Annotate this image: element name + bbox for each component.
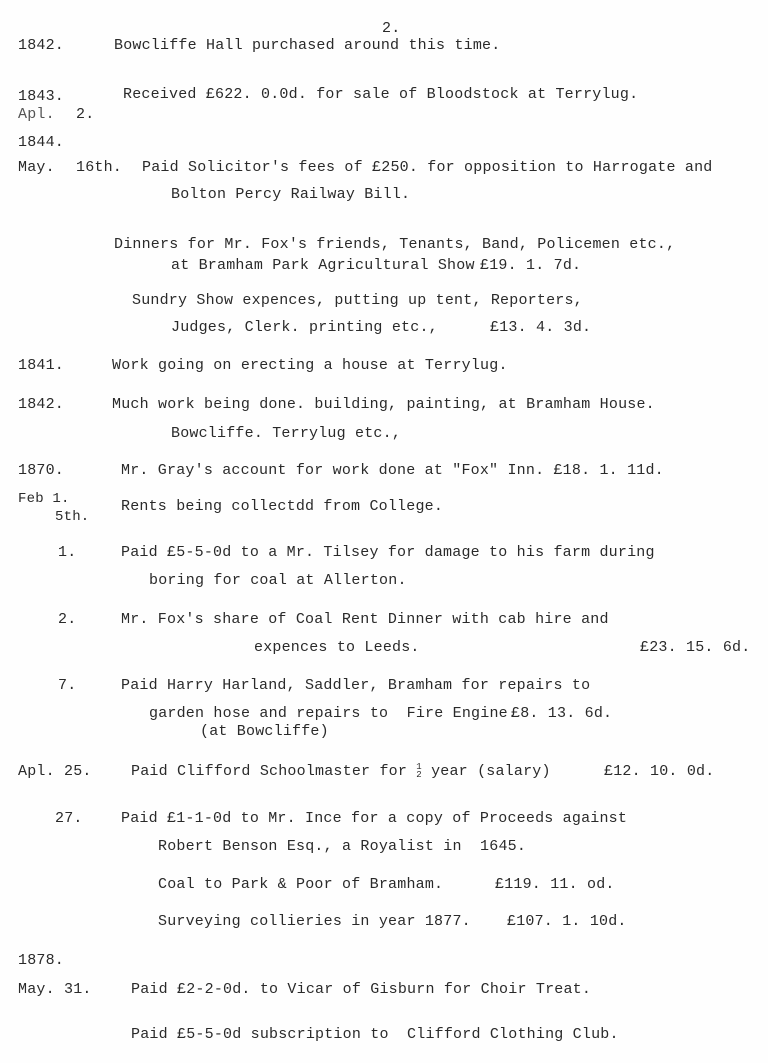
entry-amount: £119. 11. od. (495, 876, 615, 894)
entry-continuation: Judges, Clerk. printing etc., (171, 319, 438, 337)
entry-text: Bowcliffe Hall purchased around this tim… (114, 37, 500, 55)
entry-amount: £13. 4. 3d. (490, 319, 591, 337)
entry-text: Paid £1-1-0d to Mr. Ince for a copy of P… (121, 810, 627, 828)
entry-continuation: Bowcliffe. Terrylug etc., (171, 425, 401, 443)
fraction-denominator: 2 (416, 771, 422, 779)
entry-amount: £8. 13. 6d. (511, 705, 612, 723)
entry-date: Apl. 25. (18, 763, 92, 781)
entry-text: Mr. Fox's share of Coal Rent Dinner with… (121, 611, 609, 629)
entry-text-part: year (salary) (431, 763, 551, 780)
entry-text: Work going on erecting a house at Terryl… (112, 357, 508, 375)
entry-text: Coal to Park & Poor of Bramham. (158, 876, 443, 894)
entry-day: 5th. (55, 508, 89, 526)
entry-text: Paid Clifford Schoolmaster for 12 year (… (131, 763, 551, 781)
entry-note: (at Bowcliffe) (200, 723, 329, 741)
entry-text: Much work being done. building, painting… (112, 396, 655, 414)
entry-text: Mr. Gray's account for work done at "Fox… (121, 462, 664, 480)
entry-date: 1844. (18, 134, 64, 152)
entry-date: 1870. (18, 462, 64, 480)
entry-text: Paid £5-5-0d to a Mr. Tilsey for damage … (121, 544, 655, 562)
entry-date: 1878. (18, 952, 64, 970)
entry-text: Paid Harry Harland, Saddler, Bramham for… (121, 677, 590, 695)
entry-day: 16th. (76, 159, 122, 177)
entry-text: Sundry Show expences, putting up tent, R… (132, 292, 583, 310)
entry-text: Received £622. 0.0d. for sale of Bloodst… (123, 86, 638, 104)
entry-date: 1842. (18, 396, 64, 414)
entry-date: 1841. (18, 357, 64, 375)
entry-text: Dinners for Mr. Fox's friends, Tenants, … (114, 236, 675, 254)
entry-date: 1843. (18, 88, 64, 106)
entry-continuation: boring for coal at Allerton. (149, 572, 407, 590)
entry-continuation: Robert Benson Esq., a Royalist in 1645. (158, 838, 526, 856)
entry-continuation: expences to Leeds. (254, 639, 420, 657)
entry-date: 1842. (18, 37, 64, 55)
entry-text: Surveying collieries in year 1877. (158, 913, 471, 931)
entry-amount: £19. 1. 7d. (480, 257, 581, 275)
entry-day: 27. (55, 810, 83, 828)
entry-day: 2. (76, 106, 94, 124)
entry-continuation: garden hose and repairs to Fire Engine. (149, 705, 517, 723)
entry-amount: £107. 1. 10d. (507, 913, 627, 931)
entry-continuation: at Bramham Park Agricultural Show (171, 257, 475, 275)
entry-day: 2. (58, 611, 76, 629)
entry-date: Feb 1. (18, 490, 70, 508)
page-number: 2. (382, 20, 400, 38)
entry-date: May. (18, 159, 55, 177)
entry-continuation: Bolton Percy Railway Bill. (171, 186, 410, 204)
entry-text-part: Paid Clifford Schoolmaster for (131, 763, 407, 780)
entry-day: 1. (58, 544, 76, 562)
entry-amount: £12. 10. 0d. (604, 763, 714, 781)
entry-text: Paid Solicitor's fees of £250. for oppos… (142, 159, 713, 177)
entry-text: Paid £5-5-0d subscription to Clifford Cl… (131, 1026, 619, 1044)
entry-text: Paid £2-2-0d. to Vicar of Gisburn for Ch… (131, 981, 591, 999)
half-fraction: 12 (416, 763, 422, 779)
entry-day: 7. (58, 677, 76, 695)
typewritten-page: 2. 1842. Bowcliffe Hall purchased around… (0, 0, 768, 1063)
entry-date: Apl. (18, 106, 55, 124)
entry-amount: £23. 15. 6d. (640, 639, 750, 657)
entry-date: May. 31. (18, 981, 92, 999)
entry-text: Rents being collectdd from College. (121, 498, 443, 516)
